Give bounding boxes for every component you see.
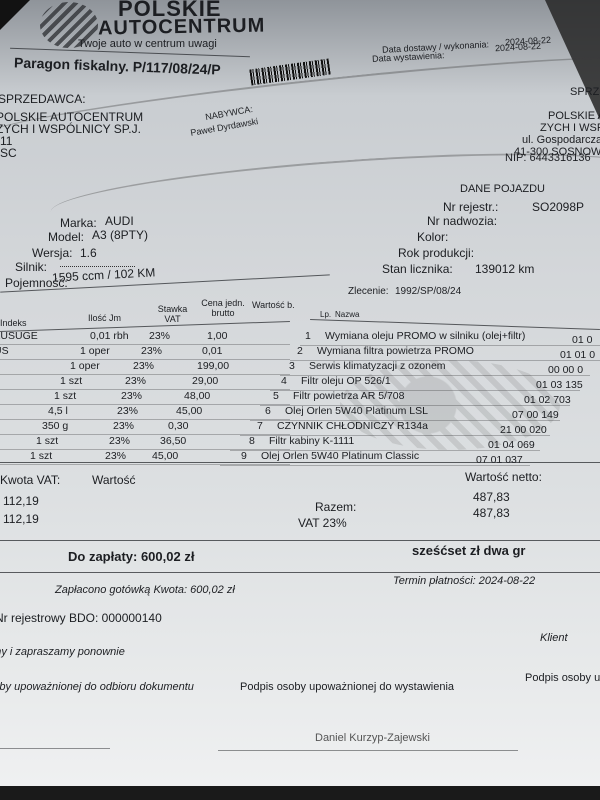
- vat-amount-23: 112,19: [3, 512, 39, 526]
- item-name: Filtr powietrza AR 5/708: [293, 390, 404, 402]
- recipient-signature-label: Podpis osoby upoważnionej do odbioru dok…: [0, 681, 194, 693]
- item-vat: 23%: [121, 390, 142, 402]
- item-lp: 8: [249, 435, 255, 447]
- col-index-header: Indeks: [0, 318, 27, 328]
- brand-line2: AUTOCENTRUM: [98, 15, 266, 41]
- item-vat: 23%: [105, 450, 126, 462]
- thanks-message: Dziękujemy i zapraszamy ponownie: [0, 646, 125, 658]
- odometer-label: Stan licznika:: [382, 262, 453, 276]
- amount-due: Do zapłaty: 600,02 zł: [68, 549, 194, 564]
- seller-line4: SC: [0, 146, 17, 160]
- seller-name2: ZYCH I WSPÓLNICY SP.J.: [0, 122, 141, 136]
- item-lp: 4: [281, 375, 287, 387]
- item-qty: 350 g: [42, 420, 68, 432]
- col-qty-header: Ilość Jm: [88, 313, 121, 323]
- item-index: ZUSUGE: [0, 330, 38, 342]
- item-name: Wymiana filtra powietrza PROMO: [317, 345, 474, 357]
- client-label: Klient: [540, 632, 568, 644]
- vat-amount-total: 112,19: [3, 494, 39, 508]
- net-total: 487,83: [473, 490, 510, 504]
- seller-label: SPRZEDAWCA:: [0, 92, 86, 106]
- item-price: 36,50: [160, 435, 186, 447]
- item-name: Olej Orlen 5W40 Platinum LSL: [285, 405, 428, 417]
- item-lp: 2: [297, 345, 303, 357]
- item-vat: 23%: [133, 360, 154, 372]
- item-lp: 9: [241, 450, 247, 462]
- model-value: A3 (8PTY): [92, 228, 148, 242]
- reg-label: Nr rejestr.:: [443, 200, 498, 214]
- item-qty: 1 oper: [80, 345, 110, 357]
- seller-right-label: SPRZEDAWCA: [570, 86, 600, 98]
- item-index: US: [0, 345, 9, 357]
- item-qty: 1 szt: [60, 375, 82, 387]
- item-vat: 23%: [117, 405, 138, 417]
- col-lp-header: Lp.: [320, 310, 331, 319]
- document-title: Paragon fiskalny. P/117/08/24/P: [14, 54, 221, 77]
- photo-shadow: [0, 0, 30, 30]
- item-qty: 4,5 l: [48, 405, 68, 417]
- bdo-number: Nr rejestrowy BDO: 000000140: [0, 611, 162, 625]
- item-name: Olej Orlen 5W40 Platinum Classic: [261, 450, 419, 462]
- item-name: Wymiana oleju PROMO w silniku (olej+filt…: [325, 330, 525, 342]
- order-number: 1992/SP/08/24: [395, 286, 461, 297]
- reg-value: SO2098P: [532, 200, 584, 214]
- item-vat: 23%: [141, 345, 162, 357]
- engine-label: Silnik:: [15, 260, 47, 274]
- engine-value: [60, 258, 135, 267]
- item-price: 1,00: [207, 330, 227, 342]
- payment-due-date: Termin płatności: 2024-08-22: [393, 575, 535, 587]
- seller-right-street: ul. Gospodarcza: [522, 134, 600, 146]
- seller-right-name2: ZYCH I WSPÓLNICY: [540, 122, 600, 134]
- net-value-label: Wartość netto:: [465, 470, 542, 484]
- item-qty: 1 oper: [70, 360, 100, 372]
- item-qty: 0,01 rbh: [90, 330, 129, 342]
- vin-label: Nr nadwozia:: [427, 214, 497, 228]
- issuer-signature-label: Podpis osoby upoważnionej do wystawienia: [240, 681, 454, 693]
- item-vat: 23%: [109, 435, 130, 447]
- item-price: 0,30: [168, 420, 188, 432]
- item-name: CZYNNIK CHŁODNICZY R134a: [277, 420, 428, 432]
- color-label: Kolor:: [417, 230, 448, 244]
- net-vat23: 487,83: [473, 506, 510, 520]
- issuer-name: Daniel Kurzyp-Zajewski: [315, 732, 430, 744]
- item-qty: 1 szt: [54, 390, 76, 402]
- item-vat: 23%: [149, 330, 170, 342]
- amount-in-words: sześćset zł dwa gr: [412, 543, 525, 558]
- item-lp: 7: [257, 420, 263, 432]
- item-lp: 5: [273, 390, 279, 402]
- item-price: 48,00: [184, 390, 210, 402]
- item-lp: 3: [289, 360, 295, 372]
- order-label: Zlecenie:: [348, 286, 389, 297]
- col-name-header: Nazwa: [335, 310, 359, 319]
- item-vat: 23%: [113, 420, 134, 432]
- item-qty: 1 szt: [30, 450, 52, 462]
- item-lp: 6: [265, 405, 271, 417]
- brand-tagline: Twoje auto w centrum uwagi: [78, 38, 217, 50]
- year-label: Rok produkcji:: [398, 246, 474, 260]
- model-label: Model:: [48, 230, 84, 244]
- item-price: 0,01: [202, 345, 222, 357]
- odometer-value: 139012 km: [475, 262, 534, 276]
- photo-shadow: [0, 786, 600, 800]
- item-name: Filtr oleju OP 526/1: [301, 375, 391, 387]
- seller-right-name: POLSKIE AUTOCENTRUM: [548, 110, 600, 122]
- vat-rate-label: VAT 23%: [298, 516, 347, 530]
- vehicle-section-label: DANE POJAZDU: [460, 183, 545, 195]
- item-price: 45,00: [152, 450, 178, 462]
- item-price: 29,00: [192, 375, 218, 387]
- item-name: Serwis klimatyzacji z ozonem: [309, 360, 446, 372]
- item-price: 45,00: [176, 405, 202, 417]
- sum-label: Razem:: [315, 500, 356, 514]
- issue-date: 2024-08-22: [495, 41, 542, 53]
- gross-label: Wartość: [92, 473, 136, 487]
- item-vat: 23%: [125, 375, 146, 387]
- make-value: AUDI: [105, 214, 134, 228]
- paid-cash: Zapłacono gotówką Kwota: 600,02 zł: [55, 584, 235, 596]
- capacity-value: 1595 ccm / 102 KM: [52, 265, 156, 284]
- col-vat-header: Stawka VAT: [150, 304, 195, 324]
- item-price: 199,00: [197, 360, 229, 372]
- col-price-header: Cena jedn. brutto: [193, 298, 253, 318]
- vat-amount-label: Kwota VAT:: [0, 473, 60, 487]
- item-name: Filtr kabiny K-1111: [269, 435, 354, 447]
- col-value-header: Wartość b.: [252, 300, 295, 310]
- item-lp: 1: [305, 330, 311, 342]
- item-qty: 1 szt: [36, 435, 58, 447]
- issuer-signature-label-right: Podpis osoby upoważnionej: [525, 672, 600, 684]
